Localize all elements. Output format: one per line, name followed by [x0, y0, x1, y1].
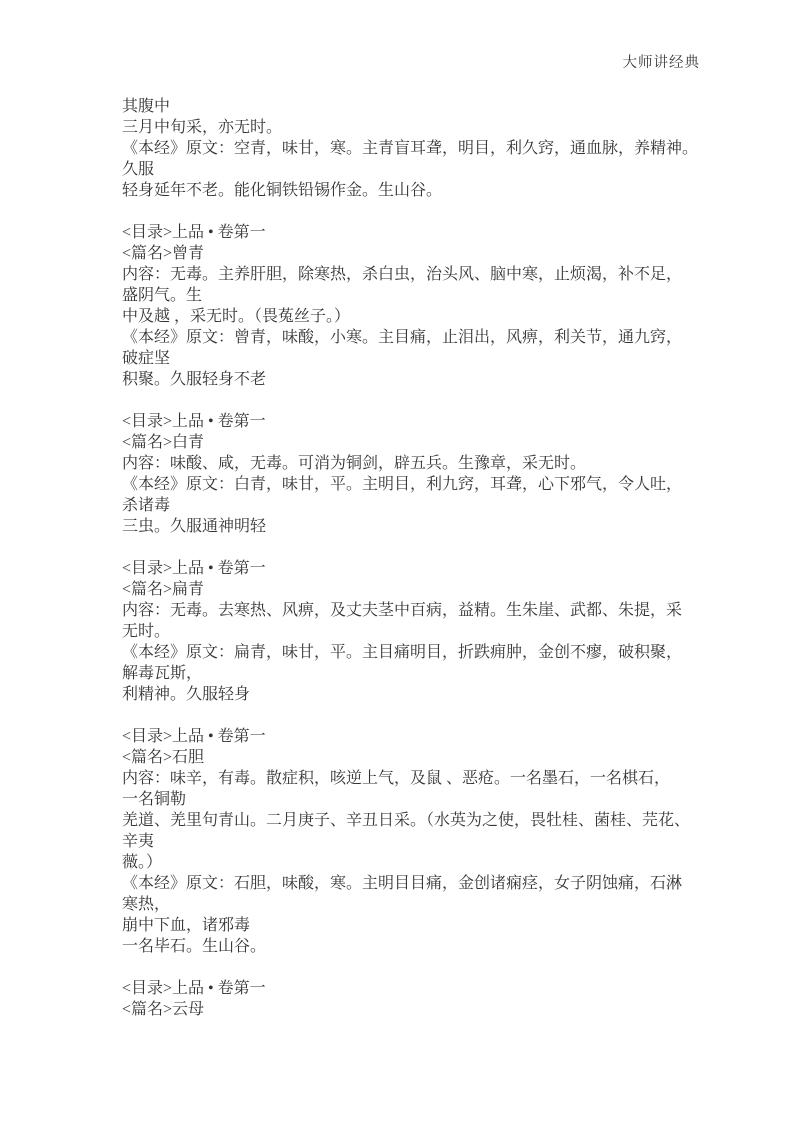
text-line: 无时。	[122, 621, 722, 642]
entry-kongqing-continuation: 其腹中三月中旬采，亦无时。《本经》原文：空青，味甘，寒。主青盲耳聋，明目，利久窍…	[122, 96, 722, 201]
text-line: 内容：无毒。去寒热、风痹，及丈夫茎中百病，益精。生朱崖、武都、朱提，采	[122, 600, 722, 621]
entry-yunmu: <目录>上品 • 卷第一<篇名>云母	[122, 978, 722, 1020]
text-line: <目录>上品 • 卷第一	[122, 222, 722, 243]
text-line: 其腹中	[122, 96, 722, 117]
text-line: <目录>上品 • 卷第一	[122, 978, 722, 999]
text-line: <目录>上品 • 卷第一	[122, 411, 722, 432]
text-line: 杀诸毒	[122, 495, 722, 516]
text-line: <篇名>云母	[122, 999, 722, 1020]
text-line: 中及越 ，采无时。（畏菟丝子。）	[122, 306, 722, 327]
text-line: 内容：味酸、咸，无毒。可消为铜剑，辟五兵。生豫章，采无时。	[122, 453, 722, 474]
text-line: 《本经》原文：空青，味甘，寒。主青盲耳聋，明目，利久窍，通血脉，养精神。	[122, 138, 722, 159]
text-line: <篇名>白青	[122, 432, 722, 453]
text-line: 解毒瓦斯，	[122, 663, 722, 684]
text-line: 利精神。久服轻身	[122, 684, 722, 705]
entry-bianqing: <目录>上品 • 卷第一<篇名>扁青内容：无毒。去寒热、风痹，及丈夫茎中百病，益…	[122, 558, 722, 705]
text-line: 三月中旬采，亦无时。	[122, 117, 722, 138]
text-line: 内容：味辛，有毒。散症积，咳逆上气，及鼠 、恶疮。一名墨石，一名棋石，	[122, 768, 722, 789]
text-line: <目录>上品 • 卷第一	[122, 726, 722, 747]
entry-baiqing: <目录>上品 • 卷第一<篇名>白青内容：味酸、咸，无毒。可消为铜剑，辟五兵。生…	[122, 411, 722, 537]
page-header-title: 大师讲经典	[623, 54, 701, 72]
document-body: 其腹中三月中旬采，亦无时。《本经》原文：空青，味甘，寒。主青盲耳聋，明目，利久窍…	[122, 96, 722, 1020]
text-line: 崩中下血，诸邪毒	[122, 915, 722, 936]
text-line: 寒热，	[122, 894, 722, 915]
text-line: 《本经》原文：扁青，味甘，平。主目痛明目，折跌痈肿，金创不瘳，破积聚，	[122, 642, 722, 663]
entry-zengqing: <目录>上品 • 卷第一<篇名>曾青内容：无毒。主养肝胆，除寒热，杀白虫，治头风…	[122, 222, 722, 390]
text-line: <篇名>石胆	[122, 747, 722, 768]
text-line: 内容：无毒。主养肝胆，除寒热，杀白虫，治头风、脑中寒，止烦渴，补不足，	[122, 264, 722, 285]
text-line: <篇名>曾青	[122, 243, 722, 264]
document-page: 大师讲经典 其腹中三月中旬采，亦无时。《本经》原文：空青，味甘，寒。主青盲耳聋，…	[0, 0, 793, 1122]
text-line: 久服	[122, 159, 722, 180]
text-line: 三虫。久服通神明轻	[122, 516, 722, 537]
text-line: 破症坚	[122, 348, 722, 369]
text-line: 辛夷	[122, 831, 722, 852]
text-line: 一名铜勒	[122, 789, 722, 810]
text-line: <目录>上品 • 卷第一	[122, 558, 722, 579]
text-line: 《本经》原文：白青，味甘，平。主明目，利九窍，耳聋，心下邪气，令人吐，	[122, 474, 722, 495]
text-line: 积聚。久服轻身不老	[122, 369, 722, 390]
text-line: 一名毕石。生山谷。	[122, 936, 722, 957]
text-line: 羌道、羌里句青山。二月庚子、辛丑日采。（水英为之使，畏牡桂、菌桂、芫花、	[122, 810, 722, 831]
text-line: <篇名>扁青	[122, 579, 722, 600]
text-line: 《本经》原文：曾青，味酸，小寒。主目痛，止泪出，风痹，利关节，通九窍，	[122, 327, 722, 348]
text-line: 薇。）	[122, 852, 722, 873]
text-line: 盛阴气。生	[122, 285, 722, 306]
text-line: 轻身延年不老。能化铜铁铅锡作金。生山谷。	[122, 180, 722, 201]
entry-shidan: <目录>上品 • 卷第一<篇名>石胆内容：味辛，有毒。散症积，咳逆上气，及鼠 、…	[122, 726, 722, 957]
text-line: 《本经》原文：石胆，味酸，寒。主明目目痛，金创诸痫痉，女子阴蚀痛，石淋	[122, 873, 722, 894]
